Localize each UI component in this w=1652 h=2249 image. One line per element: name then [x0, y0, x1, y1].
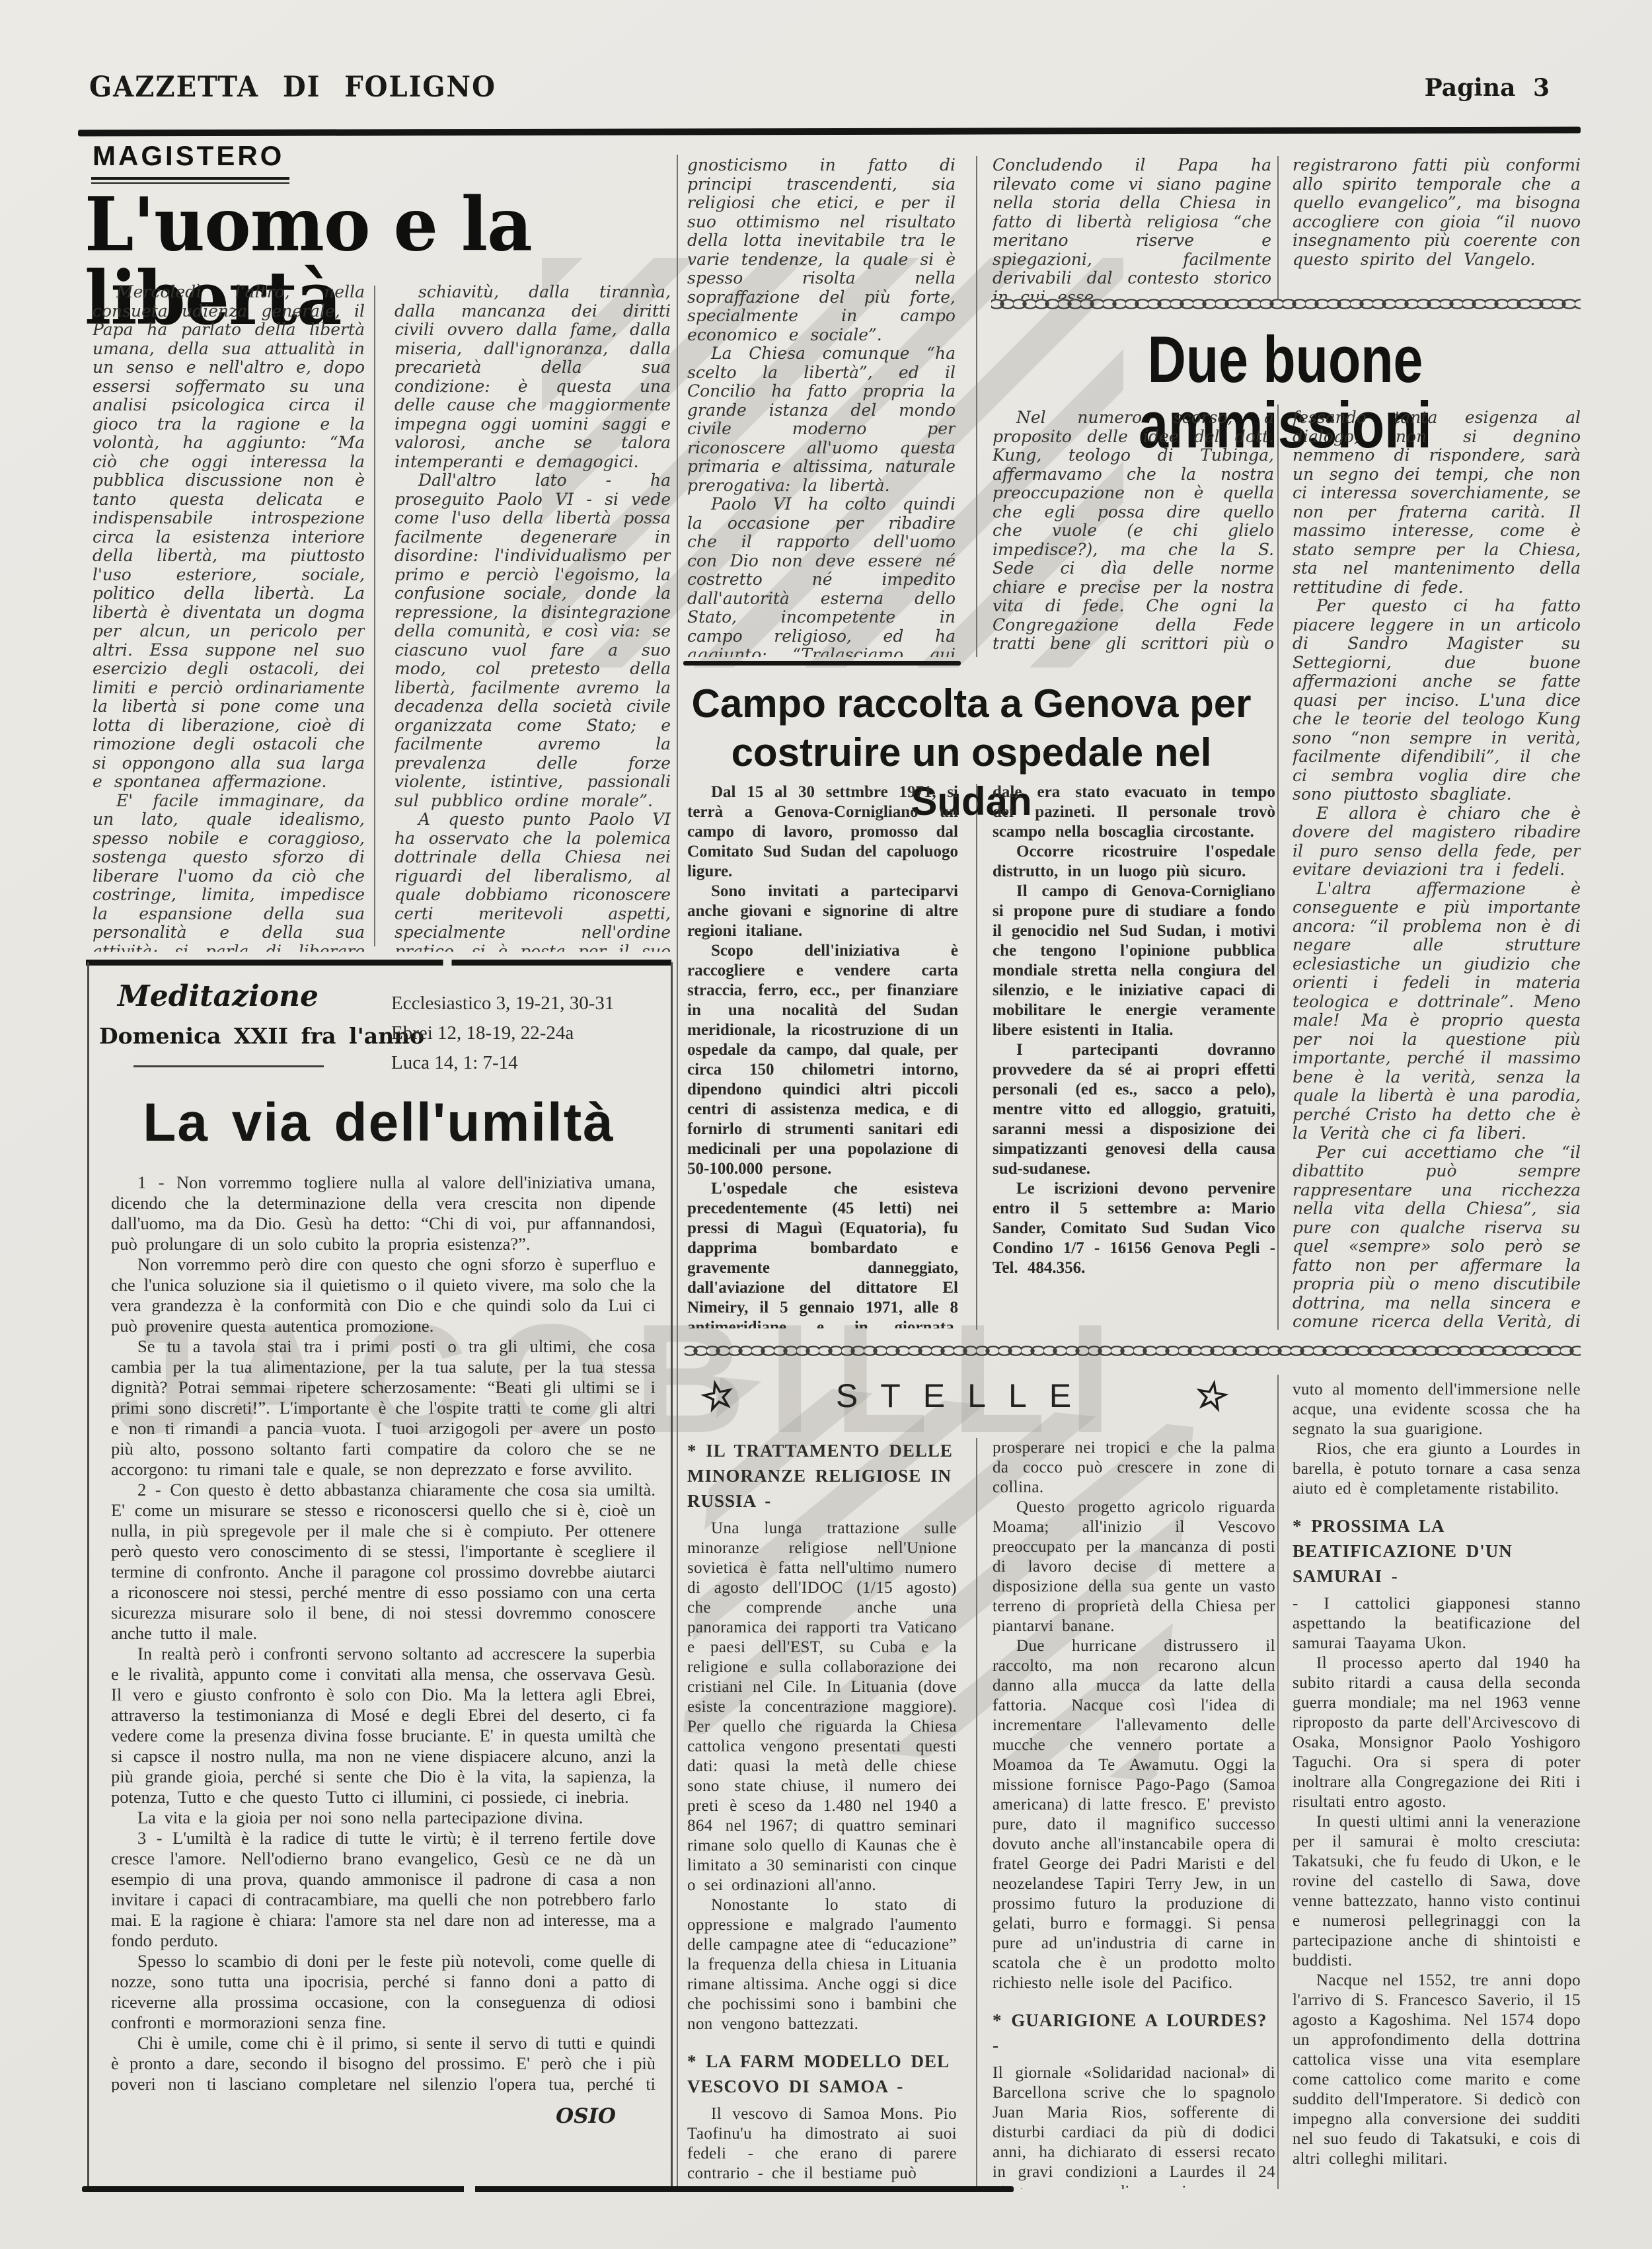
column-rule: [976, 1438, 977, 2188]
meditation-short-rule: [133, 1065, 324, 1067]
meditation-headline: La via dell'umiltà: [93, 1092, 665, 1154]
page-number: Pagina 3: [1425, 74, 1550, 102]
stelle-column-1: * IL TRATTAMENTO DELLE MINORANZE RELIGIO…: [687, 1438, 957, 2189]
end-of-article-rule: [683, 661, 961, 666]
stelle-heading-russia: * IL TRATTAMENTO DELLE MINORANZE RELIGIO…: [687, 1438, 957, 1513]
meditation-body: 1 - Non vorremmo togliere nulla al valor…: [111, 1172, 656, 2092]
meditation-subtitle: Domenica XXII fra l'anno: [99, 1023, 424, 1049]
column-rule: [1277, 404, 1279, 1330]
newspaper-page: JACOBILLI GAZZETTA DI FOLIGNO Pagina 3 M…: [0, 0, 1652, 2249]
stelle-russia-text: Una lunga trattazione sulle minoranze re…: [687, 1519, 957, 2034]
campo-column-2: dale era stato evacuato in tempo dei paz…: [993, 782, 1275, 1328]
header-rule: [78, 127, 1581, 137]
star-icon: ☆: [696, 1370, 739, 1421]
stelle-samoa-continuation: prosperare nei tropici e che la palma da…: [993, 1438, 1275, 1993]
stelle-heading-lourdes: * GUARIGIONE A LOURDES? -: [993, 2008, 1275, 2058]
due-buone-column-a: Nel numero scorso, a proposito delle ide…: [993, 408, 1274, 654]
ornament-chain: [685, 1343, 1581, 1359]
magistero-column-1: Mercoledì l'altro, nella consueta udienz…: [93, 283, 365, 952]
campo-headline-line1: Campo raccolta a Genova per: [687, 679, 1256, 728]
stelle-lourdes-continuation: vuto al momento dell'immersione nelle ac…: [1293, 1380, 1581, 1499]
magistero-column-4: Concludendo il Papa ha rilevato come vi …: [993, 156, 1271, 299]
meditation-signature: OSIO: [111, 2104, 616, 2128]
stelle-lourdes-text: Il giornale «Solidaridad nacional» di Ba…: [993, 2063, 1275, 2189]
due-buone-column-b: fessando tanta esigenza al dialogo, non …: [1293, 408, 1581, 1332]
magistero-column-5: registrarono fatti più conformi allo spi…: [1293, 156, 1581, 305]
stelle-samurai-text: - I cattolici giapponesi stanno aspettan…: [1293, 1594, 1581, 2169]
masthead-title: GAZZETTA DI FOLIGNO: [89, 70, 496, 104]
stelle-column-3: vuto al momento dell'immersione nelle ac…: [1293, 1380, 1581, 2189]
meditation-label: Meditazione: [118, 979, 319, 1013]
column-rule: [976, 784, 977, 1330]
magistero-column-2: schiavitù, dalla tirannìa, dalla mancanz…: [394, 283, 671, 952]
stelle-heading-samurai: * PROSSIMA LA BEATIFICAZIONE D'UN SAMURA…: [1293, 1513, 1581, 1589]
stelle-heading-samoa: * LA FARM MODELLO DEL VESCOVO DI SAMOA -: [687, 2049, 957, 2099]
column-rule: [1277, 156, 1279, 299]
stelle-title: STELLE: [836, 1377, 1094, 1415]
ornament-chain: [991, 296, 1581, 312]
campo-column-1: Dal 15 al 30 settmbre 1971, si terrà a G…: [687, 782, 958, 1328]
magistero-column-3: gnosticismo in fatto di principi trascen…: [687, 156, 956, 657]
stelle-samoa-text: Il vescovo di Samoa Mons. Pio Taofinu'u …: [687, 2104, 957, 2184]
stelle-header: ☆ STELLE ☆: [700, 1373, 1229, 1418]
stelle-column-2: prosperare nei tropici e che la palma da…: [993, 1438, 1275, 2189]
column-rule: [374, 286, 375, 946]
bottom-rule: [82, 2186, 1014, 2192]
scripture-readings: Ecclesiastico 3, 19-21, 30-31Ebrei 12, 1…: [391, 989, 669, 1088]
column-rule: [976, 156, 977, 657]
column-rule: [1277, 1375, 1279, 2189]
column-rule: [677, 155, 678, 2190]
magistero-kicker: MAGISTERO: [93, 140, 284, 172]
star-icon: ☆: [1191, 1371, 1232, 1421]
